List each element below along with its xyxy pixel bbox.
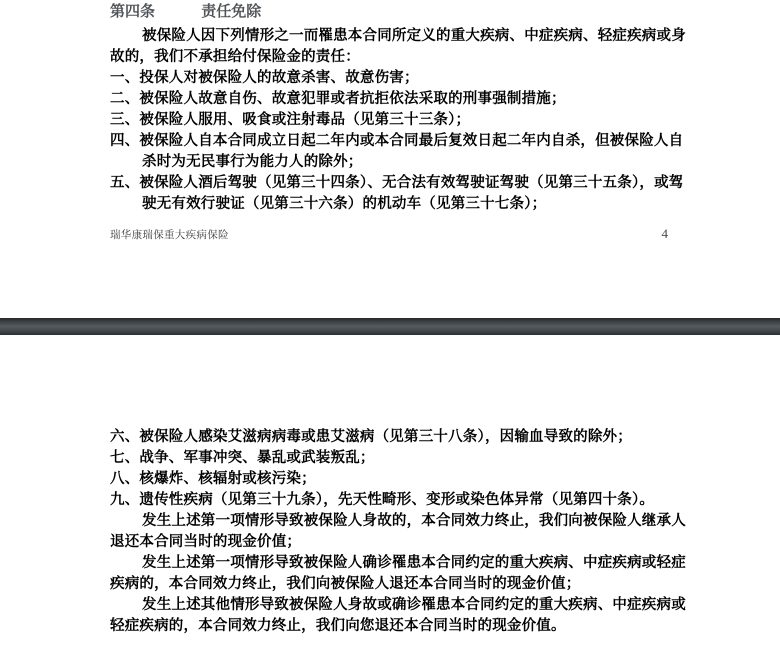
page-1-text-block: 第四条 责任免除 被保险人因下列情形之一而罹患本合同所定义的重大疾病、中症疾病、… xyxy=(110,2,675,215)
pdf-viewer-viewport: 第四条 责任免除 被保险人因下列情形之一而罹患本合同所定义的重大疾病、中症疾病、… xyxy=(0,0,780,655)
text-line: 退还本合同当时的现金价值； xyxy=(110,532,675,553)
article-number: 第四条 xyxy=(110,2,155,20)
text-line: 九、遗传性疾病（见第三十九条），先天性畸形、变形或染色体异常（见第四十条）。 xyxy=(110,490,675,511)
footer-page-number: 4 xyxy=(662,226,669,242)
text-line: 四、被保险人自本合同成立日起二年内或本合同最后复效日起二年内自杀，但被保险人自 xyxy=(110,131,675,152)
page-1-body-lines: 被保险人因下列情形之一而罹患本合同所定义的重大疾病、中症疾病、轻症疾病或身故的，… xyxy=(110,26,675,215)
article-heading: 第四条 责任免除 xyxy=(110,2,675,20)
text-line: 疾病的，本合同效力终止，我们向被保险人退还本合同当时的现金价值； xyxy=(110,574,675,595)
text-line: 五、被保险人酒后驾驶（见第三十四条）、无合法有效驾驶证驾驶（见第三十五条），或驾 xyxy=(110,173,675,194)
text-line: 发生上述第一项情形导致被保险人身故的，本合同效力终止，我们向被保险人继承人 xyxy=(110,511,675,532)
text-line: 发生上述第一项情形导致被保险人确诊罹患本合同约定的重大疾病、中症疾病或轻症 xyxy=(110,553,675,574)
page-2-text-block: 六、被保险人感染艾滋病病毒或患艾滋病（见第三十八条），因输血导致的除外；七、战争… xyxy=(110,427,675,637)
page-separator-bar xyxy=(0,318,780,335)
text-line: 故的，我们不承担给付保险金的责任： xyxy=(110,47,675,68)
text-line: 七、战争、军事冲突、暴乱或武装叛乱； xyxy=(110,448,675,469)
article-title: 责任免除 xyxy=(201,2,261,20)
text-line: 发生上述其他情形导致被保险人身故或确诊罹患本合同约定的重大疾病、中症疾病或 xyxy=(110,595,675,616)
text-line: 一、投保人对被保险人的故意杀害、故意伤害； xyxy=(110,68,675,89)
text-line: 被保险人因下列情形之一而罹患本合同所定义的重大疾病、中症疾病、轻症疾病或身 xyxy=(110,26,675,47)
footer-product-name: 瑞华康瑞保重大疾病保险 xyxy=(110,227,229,242)
text-line: 八、核爆炸、核辐射或核污染； xyxy=(110,469,675,490)
text-line: 三、被保险人服用、吸食或注射毒品（见第三十三条）； xyxy=(110,110,675,131)
page-2-body-lines: 六、被保险人感染艾滋病病毒或患艾滋病（见第三十八条），因输血导致的除外；七、战争… xyxy=(110,427,675,637)
text-line: 二、被保险人故意自伤、故意犯罪或者抗拒依法采取的刑事强制措施； xyxy=(110,89,675,110)
text-line: 轻症疾病的，本合同效力终止，我们向您退还本合同当时的现金价值。 xyxy=(110,616,675,637)
text-line: 六、被保险人感染艾滋病病毒或患艾滋病（见第三十八条），因输血导致的除外； xyxy=(110,427,675,448)
text-line: 杀时为无民事行为能力人的除外； xyxy=(110,152,675,173)
page-footer: 瑞华康瑞保重大疾病保险 4 xyxy=(110,226,668,242)
text-line: 驶无有效行驶证（见第三十六条）的机动车（见第三十七条）； xyxy=(110,194,675,215)
